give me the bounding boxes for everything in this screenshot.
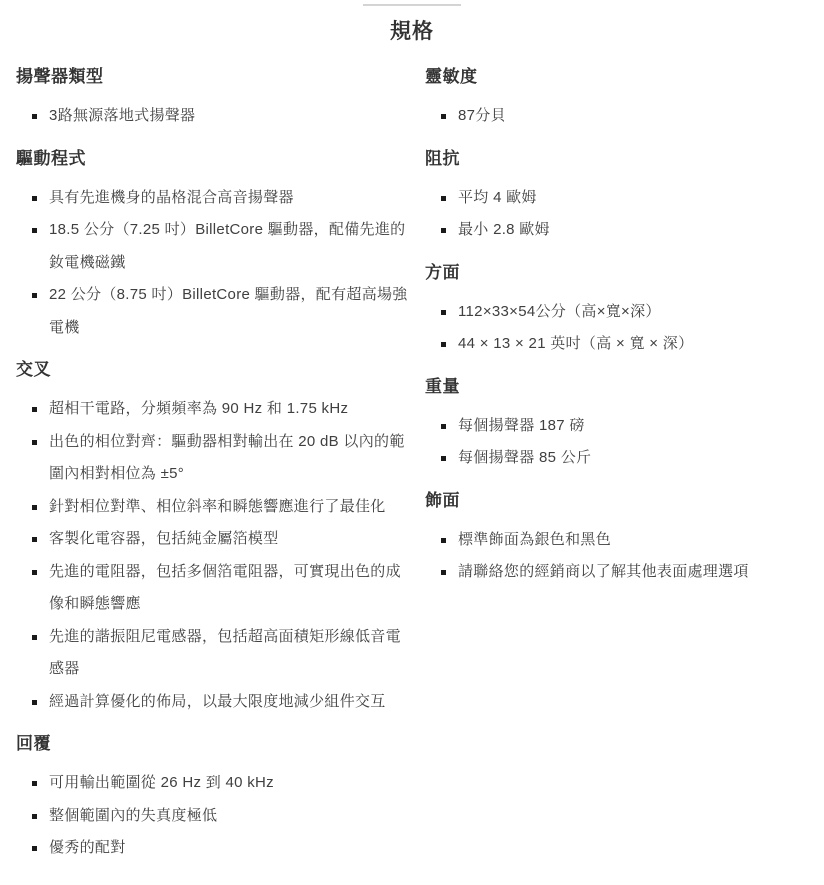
spec-item: 超相干電路，分頻頻率為 90 Hz 和 1.75 kHz <box>32 393 408 426</box>
spec-item-text: 112×33×54公分（高×寬×深） <box>458 303 661 320</box>
spec-item-text: 超相干電路，分頻頻率為 90 Hz 和 1.75 kHz <box>49 400 348 417</box>
bullet-square-icon <box>441 570 446 575</box>
spec-section: 交叉超相干電路，分頻頻率為 90 Hz 和 1.75 kHz出色的相位對齊：驅動… <box>16 360 408 718</box>
bullet-square-icon <box>32 537 37 542</box>
column-left: 揚聲器類型3路無源落地式揚聲器驅動程式具有先進機身的晶格混合高音揚聲器18.5 … <box>16 51 408 865</box>
spec-item-text: 平均 4 歐姆 <box>458 189 537 206</box>
spec-item: 最小 2.8 歐姆 <box>441 214 808 247</box>
spec-section: 阻抗平均 4 歐姆最小 2.8 歐姆 <box>425 149 808 247</box>
spec-item: 先進的電阻器，包括多個箔電阻器，可實現出色的成像和瞬態響應 <box>32 556 408 621</box>
spec-item-text: 3路無源落地式揚聲器 <box>49 107 195 124</box>
spec-section: 揚聲器類型3路無源落地式揚聲器 <box>16 67 408 133</box>
bullet-square-icon <box>441 456 446 461</box>
bullet-square-icon <box>32 407 37 412</box>
bullet-square-icon <box>32 293 37 298</box>
spec-item-text: 最小 2.8 歐姆 <box>458 221 550 238</box>
spec-item-text: 每個揚聲器 187 磅 <box>458 417 585 434</box>
section-heading: 交叉 <box>16 360 408 380</box>
spec-item-text: 22 公分（8.75 吋）BilletCore 驅動器，配有超高場強電機 <box>49 286 408 336</box>
section-heading: 方面 <box>425 263 808 283</box>
spec-list: 可用輸出範圍從 26 Hz 到 40 kHz整個範圍內的失真度極低優秀的配對 <box>16 767 408 865</box>
spec-list: 超相干電路，分頻頻率為 90 Hz 和 1.75 kHz出色的相位對齊：驅動器相… <box>16 393 408 718</box>
bullet-square-icon <box>441 424 446 429</box>
spec-item: 客製化電容器，包括純金屬箔模型 <box>32 523 408 556</box>
spec-item: 優秀的配對 <box>32 832 408 865</box>
spec-item: 標準飾面為銀色和黑色 <box>441 524 808 557</box>
spec-section: 重量每個揚聲器 187 磅每個揚聲器 85 公斤 <box>425 377 808 475</box>
spec-item-text: 優秀的配對 <box>49 839 126 856</box>
column-right: 靈敏度87分貝阻抗平均 4 歐姆最小 2.8 歐姆方面112×33×54公分（高… <box>425 51 808 865</box>
bullet-square-icon <box>32 700 37 705</box>
bullet-square-icon <box>32 570 37 575</box>
spec-item: 先進的諧振阻尼電感器，包括超高面積矩形線低音電感器 <box>32 621 408 686</box>
spec-item: 出色的相位對齊：驅動器相對輸出在 20 dB 以內的範圍內相對相位為 ±5° <box>32 426 408 491</box>
spec-item: 具有先進機身的晶格混合高音揚聲器 <box>32 182 408 215</box>
spec-item-text: 18.5 公分（7.25 吋）BilletCore 驅動器，配備先進的釹電機磁鐵 <box>49 221 405 271</box>
spec-item: 請聯絡您的經銷商以了解其他表面處理選項 <box>441 556 808 589</box>
spec-list: 每個揚聲器 187 磅每個揚聲器 85 公斤 <box>425 410 808 475</box>
bullet-square-icon <box>32 635 37 640</box>
spec-item: 22 公分（8.75 吋）BilletCore 驅動器，配有超高場強電機 <box>32 279 408 344</box>
bullet-square-icon <box>441 310 446 315</box>
spec-item-text: 標準飾面為銀色和黑色 <box>458 531 611 548</box>
section-heading: 回覆 <box>16 734 408 754</box>
spec-item: 可用輸出範圍從 26 Hz 到 40 kHz <box>32 767 408 800</box>
spec-item: 針對相位對準、相位斜率和瞬態響應進行了最佳化 <box>32 491 408 524</box>
bullet-square-icon <box>32 781 37 786</box>
specifications-page: 規格 揚聲器類型3路無源落地式揚聲器驅動程式具有先進機身的晶格混合高音揚聲器18… <box>0 0 824 885</box>
bullet-square-icon <box>32 505 37 510</box>
bullet-square-icon <box>32 114 37 119</box>
spec-item-text: 先進的諧振阻尼電感器，包括超高面積矩形線低音電感器 <box>49 628 401 678</box>
spec-item-text: 經過計算優化的佈局，以最大限度地減少組件交互 <box>49 693 386 710</box>
spec-item-text: 44 × 13 × 21 英吋（高 × 寬 × 深） <box>458 335 693 352</box>
bullet-square-icon <box>441 228 446 233</box>
spec-section: 靈敏度87分貝 <box>425 67 808 133</box>
spec-item: 整個範圍內的失真度極低 <box>32 800 408 833</box>
section-heading: 靈敏度 <box>425 67 808 87</box>
spec-item: 3路無源落地式揚聲器 <box>32 100 408 133</box>
page-title: 規格 <box>0 19 824 45</box>
spec-item: 每個揚聲器 85 公斤 <box>441 442 808 475</box>
bullet-square-icon <box>32 814 37 819</box>
spec-item: 44 × 13 × 21 英吋（高 × 寬 × 深） <box>441 328 808 361</box>
spec-section: 方面112×33×54公分（高×寬×深）44 × 13 × 21 英吋（高 × … <box>425 263 808 361</box>
spec-columns: 揚聲器類型3路無源落地式揚聲器驅動程式具有先進機身的晶格混合高音揚聲器18.5 … <box>0 45 824 885</box>
spec-item-text: 先進的電阻器，包括多個箔電阻器，可實現出色的成像和瞬態響應 <box>49 563 401 613</box>
spec-list: 112×33×54公分（高×寬×深）44 × 13 × 21 英吋（高 × 寬 … <box>425 296 808 361</box>
section-divider <box>363 4 461 6</box>
section-heading: 阻抗 <box>425 149 808 169</box>
section-heading: 揚聲器類型 <box>16 67 408 87</box>
spec-item-text: 87分貝 <box>458 107 506 124</box>
spec-item-text: 整個範圍內的失真度極低 <box>49 807 217 824</box>
section-heading: 飾面 <box>425 491 808 511</box>
section-heading: 驅動程式 <box>16 149 408 169</box>
spec-item-text: 請聯絡您的經銷商以了解其他表面處理選項 <box>458 563 749 580</box>
spec-item-text: 可用輸出範圍從 26 Hz 到 40 kHz <box>49 774 274 791</box>
section-heading: 重量 <box>425 377 808 397</box>
spec-item: 經過計算優化的佈局，以最大限度地減少組件交互 <box>32 686 408 719</box>
spec-item: 每個揚聲器 187 磅 <box>441 410 808 443</box>
bullet-square-icon <box>32 440 37 445</box>
spec-item-text: 出色的相位對齊：驅動器相對輸出在 20 dB 以內的範圍內相對相位為 ±5° <box>49 433 405 483</box>
bullet-square-icon <box>32 846 37 851</box>
spec-item-text: 針對相位對準、相位斜率和瞬態響應進行了最佳化 <box>49 498 386 515</box>
spec-item: 18.5 公分（7.25 吋）BilletCore 驅動器，配備先進的釹電機磁鐵 <box>32 214 408 279</box>
spec-list: 平均 4 歐姆最小 2.8 歐姆 <box>425 182 808 247</box>
spec-item: 87分貝 <box>441 100 808 133</box>
bullet-square-icon <box>32 228 37 233</box>
spec-item-text: 具有先進機身的晶格混合高音揚聲器 <box>49 189 294 206</box>
spec-list: 具有先進機身的晶格混合高音揚聲器18.5 公分（7.25 吋）BilletCor… <box>16 182 408 345</box>
spec-item: 平均 4 歐姆 <box>441 182 808 215</box>
bullet-square-icon <box>441 196 446 201</box>
spec-section: 回覆可用輸出範圍從 26 Hz 到 40 kHz整個範圍內的失真度極低優秀的配對 <box>16 734 408 865</box>
spec-item-text: 客製化電容器，包括純金屬箔模型 <box>49 530 279 547</box>
bullet-square-icon <box>441 114 446 119</box>
bullet-square-icon <box>441 538 446 543</box>
bullet-square-icon <box>32 196 37 201</box>
bullet-square-icon <box>441 342 446 347</box>
spec-list: 87分貝 <box>425 100 808 133</box>
spec-section: 驅動程式具有先進機身的晶格混合高音揚聲器18.5 公分（7.25 吋）Bille… <box>16 149 408 345</box>
spec-list: 標準飾面為銀色和黑色請聯絡您的經銷商以了解其他表面處理選項 <box>425 524 808 589</box>
spec-section: 飾面標準飾面為銀色和黑色請聯絡您的經銷商以了解其他表面處理選項 <box>425 491 808 589</box>
spec-list: 3路無源落地式揚聲器 <box>16 100 408 133</box>
spec-item-text: 每個揚聲器 85 公斤 <box>458 449 591 466</box>
spec-item: 112×33×54公分（高×寬×深） <box>441 296 808 329</box>
